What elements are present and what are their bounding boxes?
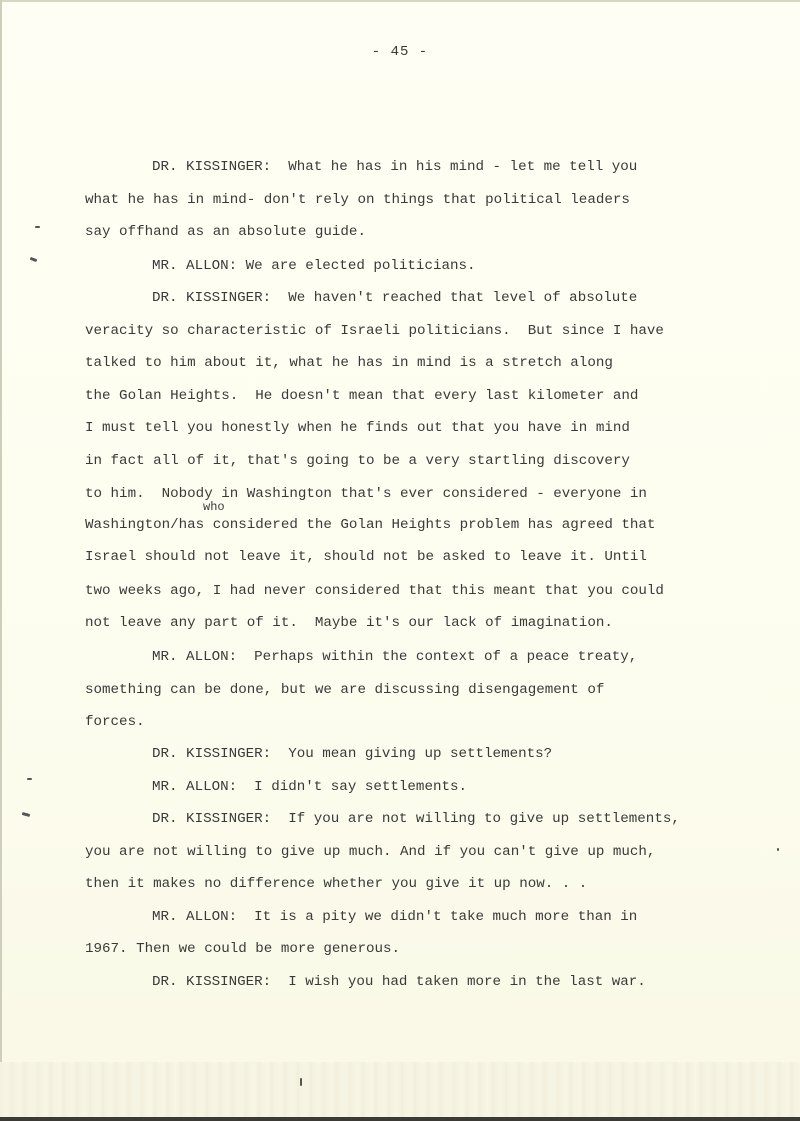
speaker-paragraph-line: DR. KISSINGER: We haven't reached that l… bbox=[152, 289, 637, 307]
speaker-paragraph-line: DR. KISSINGER: What he has in his mind -… bbox=[152, 158, 637, 176]
page-bottom-edge bbox=[0, 1117, 800, 1121]
margin-speck bbox=[35, 226, 40, 228]
paragraph-line: I must tell you honestly when he finds o… bbox=[85, 419, 630, 437]
paragraph-line: you are not willing to give up much. And… bbox=[85, 843, 655, 861]
paragraph-line: two weeks ago, I had never considered th… bbox=[85, 582, 664, 600]
margin-speck bbox=[27, 778, 32, 780]
speaker-paragraph-line: DR. KISSINGER: I wish you had taken more… bbox=[152, 973, 646, 991]
speaker-paragraph-line: MR. ALLON: Perhaps within the context of… bbox=[152, 648, 637, 666]
page-top-edge bbox=[0, 0, 800, 2]
scan-bottom-strip bbox=[0, 1062, 800, 1118]
document-page: - 45 - DR. KISSINGER: What he has in his… bbox=[0, 0, 800, 1121]
paragraph-line: veracity so characteristic of Israeli po… bbox=[85, 322, 664, 340]
handwritten-insert: who bbox=[203, 500, 225, 514]
paragraph-line: in fact all of it, that's going to be a … bbox=[85, 452, 630, 470]
paragraph-line: 1967. Then we could be more generous. bbox=[85, 940, 400, 958]
paragraph-line: forces. bbox=[85, 713, 145, 731]
paragraph-line: Israel should not leave it, should not b… bbox=[85, 548, 647, 566]
speaker-paragraph-line: MR. ALLON: We are elected politicians. bbox=[152, 257, 476, 275]
paragraph-line: what he has in mind- don't rely on thing… bbox=[85, 191, 630, 209]
speaker-paragraph-line: MR. ALLON: I didn't say settlements. bbox=[152, 778, 467, 796]
paragraph-line: talked to him about it, what he has in m… bbox=[85, 354, 613, 372]
paragraph-line: the Golan Heights. He doesn't mean that … bbox=[85, 387, 638, 405]
page-number: - 45 - bbox=[0, 44, 800, 60]
paragraph-line: Washington/has considered the Golan Heig… bbox=[85, 516, 655, 534]
page-left-edge bbox=[0, 0, 2, 1121]
paragraph-line: not leave any part of it. Maybe it's our… bbox=[85, 614, 613, 632]
paragraph-line: to him. Nobody in Washington that's ever… bbox=[85, 485, 647, 503]
margin-speck bbox=[777, 848, 779, 851]
margin-speck bbox=[30, 257, 38, 262]
paragraph-line: then it makes no difference whether you … bbox=[85, 875, 587, 893]
margin-speck bbox=[22, 812, 31, 817]
speaker-paragraph-line: DR. KISSINGER: You mean giving up settle… bbox=[152, 745, 552, 763]
paragraph-line: say offhand as an absolute guide. bbox=[85, 223, 366, 241]
margin-speck bbox=[300, 1078, 302, 1086]
paragraph-line: something can be done, but we are discus… bbox=[85, 681, 604, 699]
speaker-paragraph-line: DR. KISSINGER: If you are not willing to… bbox=[152, 810, 680, 828]
speaker-paragraph-line: MR. ALLON: It is a pity we didn't take m… bbox=[152, 908, 637, 926]
